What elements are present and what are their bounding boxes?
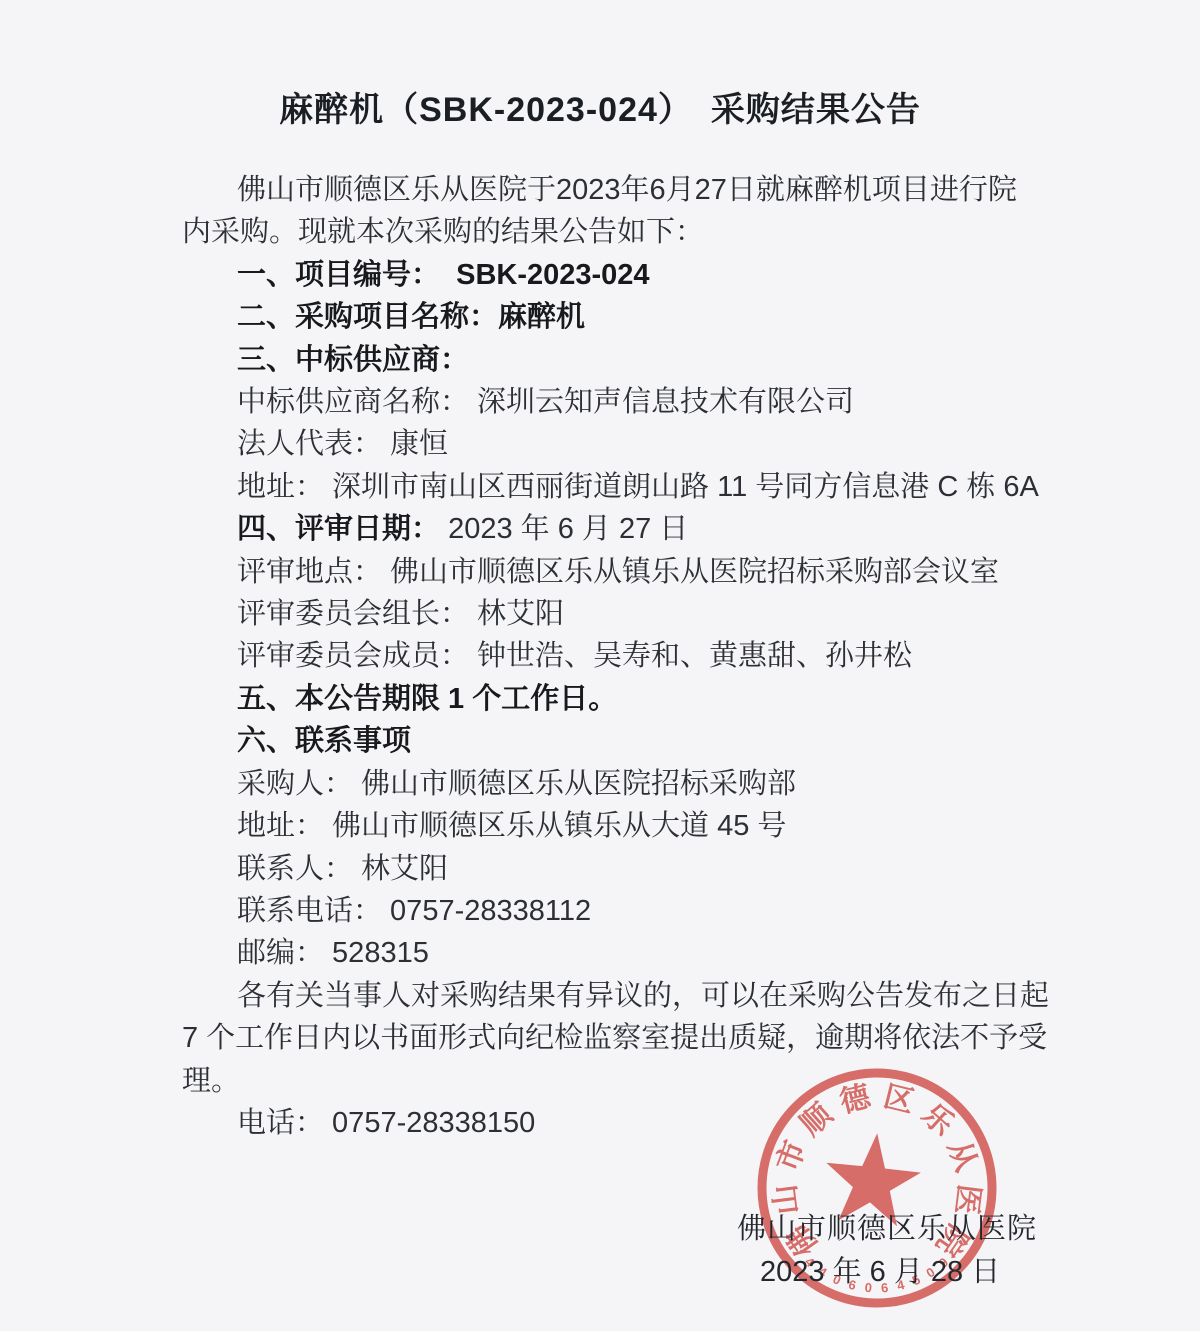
scanned-document-page: 麻醉机（SBK-2023-024） 采购结果公告 佛山市顺德区乐从医院于2023… <box>0 0 1200 1331</box>
line-segment: 法人代表： 康恒 <box>237 428 448 460</box>
document-line: 六、联系事项 <box>182 720 1062 762</box>
line-segment: 理。 <box>182 1065 240 1097</box>
line-segment: 地址： 佛山市顺德区乐从镇乐从大道 45 号 <box>237 810 786 842</box>
line-segment: 联系人： 林艾阳 <box>237 853 448 885</box>
line-segment: 2023 年 6 月 27 日 <box>440 513 688 545</box>
line-segment: 电话： 0757-28338150 <box>237 1107 535 1139</box>
document-line: 四、评审日期： 2023 年 6 月 27 日 <box>182 508 1062 550</box>
line-segment-bold: 一、项目编号： SBK-2023-024 <box>237 259 650 291</box>
line-segment: 地址： 深圳市南山区西丽街道朗山路 11 号同方信息港 C 栋 6A <box>237 471 1039 503</box>
document-title: 麻醉机（SBK-2023-024） 采购结果公告 <box>0 82 1200 131</box>
line-segment: 佛山市顺德区乐从医院于2023年6月27日就麻醉机项目进行院 <box>237 174 1017 206</box>
line-segment: 采购人： 佛山市顺德区乐从医院招标采购部 <box>237 768 796 800</box>
line-segment: 评审委员会组长： 林艾阳 <box>237 598 564 630</box>
document-line: 各有关当事人对采购结果有异议的，可以在采购公告发布之日起 <box>182 975 1062 1017</box>
line-segment: 邮编： 528315 <box>237 937 429 969</box>
document-line: 采购人： 佛山市顺德区乐从医院招标采购部 <box>182 763 1062 805</box>
line-segment-bold: 二、采购项目名称：麻醉机 <box>237 301 585 333</box>
document-line: 三、中标供应商： <box>182 339 1062 381</box>
document-line: 评审地点： 佛山市顺德区乐从镇乐从医院招标采购部会议室 <box>182 551 1062 593</box>
line-segment: 联系电话： 0757-28338112 <box>237 895 591 927</box>
document-line: 二、采购项目名称：麻醉机 <box>182 296 1062 338</box>
document-line: 地址： 佛山市顺德区乐从镇乐从大道 45 号 <box>182 805 1062 847</box>
document-line: 评审委员会组长： 林艾阳 <box>182 593 1062 635</box>
document-line: 地址： 深圳市南山区西丽街道朗山路 11 号同方信息港 C 栋 6A <box>182 466 1062 508</box>
document-line: 7 个工作日内以书面形式向纪检监察室提出质疑，逾期将依法不予受 <box>182 1017 1062 1059</box>
document-line: 一、项目编号： SBK-2023-024 <box>182 254 1062 296</box>
line-segment: 评审委员会成员： 钟世浩、吴寿和、黄惠甜、孙井松 <box>237 640 912 672</box>
line-segment-bold: 三、中标供应商： <box>237 344 469 376</box>
line-segment-bold: 四、评审日期： <box>237 513 440 545</box>
document-line: 联系人： 林艾阳 <box>182 848 1062 890</box>
document-line: 联系电话： 0757-28338112 <box>182 890 1062 932</box>
document-line: 内采购。现就本次采购的结果公告如下： <box>182 211 1062 253</box>
line-segment: 中标供应商名称： 深圳云知声信息技术有限公司 <box>237 386 854 418</box>
line-segment-bold: 五、本公告期限 1 个工作日。 <box>237 683 617 715</box>
document-line: 中标供应商名称： 深圳云知声信息技术有限公司 <box>182 381 1062 423</box>
signature-date: 2023 年 6 月 28 日 <box>760 1249 1000 1290</box>
document-line: 佛山市顺德区乐从医院于2023年6月27日就麻醉机项目进行院 <box>182 169 1062 211</box>
line-segment: 7 个工作日内以书面形式向纪检监察室提出质疑，逾期将依法不予受 <box>182 1022 1047 1054</box>
document-line: 五、本公告期限 1 个工作日。 <box>182 678 1062 720</box>
document-line: 邮编： 528315 <box>182 932 1062 974</box>
document-line: 电话： 0757-28338150 <box>182 1102 1062 1144</box>
document-line: 法人代表： 康恒 <box>182 423 1062 465</box>
document-line: 评审委员会成员： 钟世浩、吴寿和、黄惠甜、孙井松 <box>182 635 1062 677</box>
line-segment: 各有关当事人对采购结果有异议的，可以在采购公告发布之日起 <box>237 980 1049 1012</box>
document-body: 佛山市顺德区乐从医院于2023年6月27日就麻醉机项目进行院内采购。现就本次采购… <box>182 169 1062 1144</box>
line-segment: 评审地点： 佛山市顺德区乐从镇乐从医院招标采购部会议室 <box>237 556 999 588</box>
line-segment: 内采购。现就本次采购的结果公告如下： <box>182 216 704 248</box>
signature-organization: 佛山市顺德区乐从医院 <box>737 1206 1037 1247</box>
line-segment-bold: 六、联系事项 <box>237 725 411 757</box>
document-line: 理。 <box>182 1060 1062 1102</box>
